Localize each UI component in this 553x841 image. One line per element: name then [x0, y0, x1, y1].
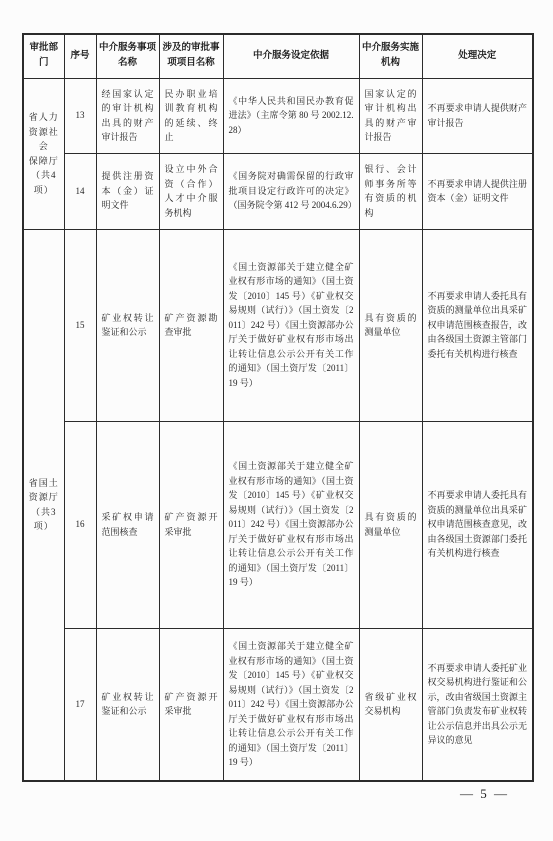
cell-handling-decision: 不再要求申请人提供财产审计报告 [422, 78, 533, 153]
cell-seq: 15 [64, 229, 96, 421]
header-row: 审批部门 序号 中介服务事项名称 涉及的审批事项项目名称 中介服务设定依据 中介… [23, 34, 533, 78]
header-project-name: 涉及的审批事项项目名称 [159, 34, 223, 78]
cell-setting-basis: 《国务院对确需保留的行政审批项目设定行政许可的决定》（国务院令第 412 号 2… [223, 153, 359, 229]
cell-project-name: 设立中外合资（合作）人才中介服务机构 [159, 153, 223, 229]
header-service-name: 中介服务事项名称 [96, 34, 159, 78]
cell-project-name: 矿产资源开采审批 [159, 628, 223, 781]
department-land-resources: 省国土 资源厅 （共3项） [23, 229, 64, 781]
header-approval-department: 审批部门 [23, 34, 64, 78]
cell-setting-basis: 《国土资源部关于建立健全矿业权有形市场的通知》（国土资发〔2010〕145 号）… [223, 421, 359, 628]
cell-service-name: 提供注册资本（金）证明文件 [96, 153, 159, 229]
document-page: 审批部门 序号 中介服务事项名称 涉及的审批事项项目名称 中介服务设定依据 中介… [0, 0, 553, 841]
table-row-14: 14 提供注册资本（金）证明文件 设立中外合资（合作）人才中介服务机构 《国务院… [23, 153, 533, 229]
cell-project-name: 矿产资源勘查审批 [159, 229, 223, 421]
cell-service-name: 采矿权申请范围核查 [96, 421, 159, 628]
cell-implementing-agency: 省级矿业权交易机构 [359, 628, 422, 781]
cell-service-name: 矿业权转让鉴证和公示 [96, 229, 159, 421]
table-row-15: 省国土 资源厅 （共3项） 15 矿业权转让鉴证和公示 矿产资源勘查审批 《国土… [23, 229, 533, 421]
cell-handling-decision: 不再要求申请人委托矿业权交易机构进行鉴证和公示，改由省级国土资源主管部门负责发布… [422, 628, 533, 781]
cell-service-name: 经国家认定的审计机构出具的财产审计报告 [96, 78, 159, 153]
cell-service-name: 矿业权转让鉴证和公示 [96, 628, 159, 781]
cell-project-name: 矿产资源开采审批 [159, 421, 223, 628]
cell-seq: 13 [64, 78, 96, 153]
cell-implementing-agency: 具有资质的测量单位 [359, 421, 422, 628]
table-row-13: 省人力 资源社会 保障厅 （共4项） 13 经国家认定的审计机构出具的财产审计报… [23, 78, 533, 153]
page-number: — 5 — [460, 786, 509, 802]
cell-handling-decision: 不再要求申请人委托具有资质的测量单位出具采矿权申请范围核查意见，改由各级国土资源… [422, 421, 533, 628]
cell-seq: 17 [64, 628, 96, 781]
cell-setting-basis: 《中华人民共和国民办教育促进法》（主席令第 80 号 2002.12.28） [223, 78, 359, 153]
cell-handling-decision: 不再要求申请人委托具有资质的测量单位出具采矿权申请范围核查报告，改由各级国土资源… [422, 229, 533, 421]
cell-seq: 16 [64, 421, 96, 628]
header-seq-number: 序号 [64, 34, 96, 78]
cell-implementing-agency: 银行、会计师事务所等有资质的机构 [359, 153, 422, 229]
cell-implementing-agency: 国家认定的审计机构出具的财产审计报告 [359, 78, 422, 153]
header-setting-basis: 中介服务设定依据 [223, 34, 359, 78]
intermediary-services-table: 审批部门 序号 中介服务事项名称 涉及的审批事项项目名称 中介服务设定依据 中介… [22, 33, 534, 782]
table-row-16: 16 采矿权申请范围核查 矿产资源开采审批 《国土资源部关于建立健全矿业权有形市… [23, 421, 533, 628]
header-implementing-agency: 中介服务实施机构 [359, 34, 422, 78]
cell-setting-basis: 《国土资源部关于建立健全矿业权有形市场的通知》（国土资发〔2010〕145 号）… [223, 229, 359, 421]
header-handling-decision: 处理决定 [422, 34, 533, 78]
table-row-17: 17 矿业权转让鉴证和公示 矿产资源开采审批 《国土资源部关于建立健全矿业权有形… [23, 628, 533, 781]
department-hr-social-security: 省人力 资源社会 保障厅 （共4项） [23, 78, 64, 229]
cell-project-name: 民办职业培训教育机构的延续、终止 [159, 78, 223, 153]
cell-implementing-agency: 具有资质的测量单位 [359, 229, 422, 421]
cell-setting-basis: 《国土资源部关于建立健全矿业权有形市场的通知》（国土资发〔2010〕145 号）… [223, 628, 359, 781]
cell-seq: 14 [64, 153, 96, 229]
cell-handling-decision: 不再要求申请人提供注册资本（金）证明文件 [422, 153, 533, 229]
